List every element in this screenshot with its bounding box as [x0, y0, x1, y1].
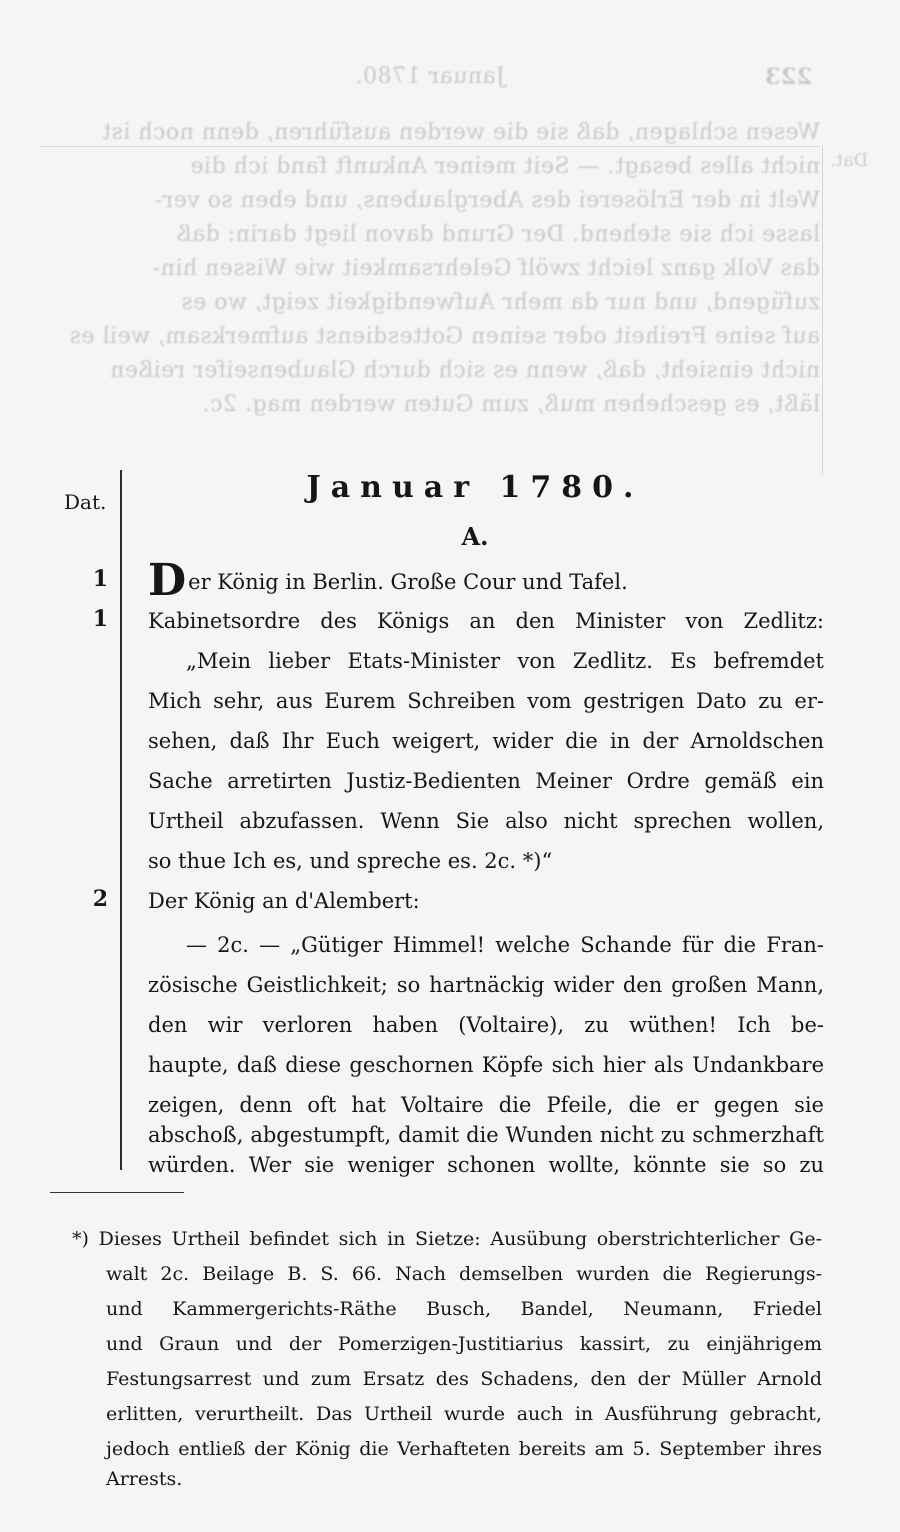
entry-line: zösische Geistlichkeit; so hartnäckig wi… [148, 970, 824, 1000]
entry-line: so thue Ich es, und spreche es. 2c. *)“ [148, 846, 824, 876]
entry-line: Der König an d'Alembert: [148, 886, 824, 916]
entry-line: haupte, daß diese geschornen Köpfe sich … [148, 1050, 824, 1080]
bleed-through-line: lasse ich sie stehend. Der Grund davon l… [40, 218, 820, 252]
entry-date: 1 [62, 606, 108, 632]
entry-date: 2 [62, 886, 108, 912]
entry-line: Mich sehr, aus Eurem Schreiben vom gestr… [148, 686, 824, 716]
section-heading: A. [130, 522, 820, 551]
bleed-through-page-number: 223 [765, 60, 812, 94]
bleed-through-line: Wesen schlagen, daß sie die werden ausfü… [40, 116, 820, 150]
footnote-line: und Graun und der Pomerzigen-Justitiariu… [106, 1330, 822, 1358]
footnote-marker: *) [72, 1228, 89, 1250]
entry-line: würden. Wer sie weniger schonen wollte, … [148, 1150, 824, 1180]
entry-line: Sache arretirten Justiz-Bedienten Meiner… [148, 766, 824, 796]
entry-line: Kabinetsordre des Königs an den Minister… [148, 606, 824, 636]
bleed-through-line: nicht alles besagt. — Seit meiner Ankunf… [40, 150, 820, 184]
entry-text: er König in Berlin. Große Cour und Tafel… [188, 570, 628, 594]
footnote-line: walt 2c. Beilage B. S. 66. Nach demselbe… [106, 1260, 822, 1288]
date-column-header: Dat. [64, 490, 106, 514]
bleed-through-line: Welt in der Erlöserei des Aberglaubens, … [40, 184, 820, 218]
bleed-through-line: nicht einsieht, daß, wenn es sich durch … [40, 354, 820, 388]
footnote-line: *) Dieses Urtheil befindet sich in Sietz… [72, 1225, 822, 1253]
entry-line: den wir verloren haben (Voltaire), zu wü… [148, 1010, 824, 1040]
entry-line: zeigen, denn oft hat Voltaire die Pfeile… [148, 1090, 824, 1120]
scanned-page: Dat. Januar 1780. 223 Wesen schlagen, da… [0, 0, 900, 1532]
entry-line: abschoß, abgestumpft, damit die Wunden n… [148, 1120, 824, 1150]
date-column-rule [120, 470, 122, 1170]
entry-line: Urtheil abzufassen. Wenn Sie also nicht … [148, 806, 824, 836]
footnote-line: Festungsarrest und zum Ersatz des Schade… [106, 1365, 822, 1393]
bleed-through-margin-rule [822, 145, 823, 475]
footnote-text: Dieses Urtheil befindet sich in Sietze: … [99, 1228, 822, 1250]
drop-cap: D [148, 555, 186, 606]
entry-line: Der König in Berlin. Große Cour und Tafe… [148, 566, 824, 597]
bleed-through-running-head: Januar 1780. [40, 60, 820, 94]
footnote-line: Arrests. [106, 1465, 822, 1493]
entry-line: „Mein lieber Etats-Minister von Zedlitz.… [186, 646, 824, 676]
bleed-through-line: zufügend, und nur da mehr Aufwendigkeit … [40, 286, 820, 320]
footnote-rule [50, 1192, 184, 1193]
footnote-line: erlitten, verurtheilt. Das Urtheil wurde… [106, 1400, 822, 1428]
bleed-through-line: das Volk ganz leicht zwölf Gelehrsamkeit… [40, 252, 820, 286]
page-title: Januar 1780. [130, 470, 820, 505]
entry-line: sehen, daß Ihr Euch weigert, wider die i… [148, 726, 824, 756]
bleed-through-margin-label: Dat. [830, 150, 868, 171]
bleed-through-line: auf seine Freiheit oder seinen Gottesdie… [40, 320, 820, 354]
entry-line: — 2c. — „Gütiger Himmel! welche Schande … [186, 930, 824, 960]
footnote-line: und Kammergerichts-Räthe Busch, Bandel, … [106, 1295, 822, 1323]
bleed-through-line: läßt, es geschehen muß, zum Guten werden… [40, 388, 820, 422]
bleed-through-text: Januar 1780. 223 Wesen schlagen, daß sie… [40, 60, 820, 422]
entry-date: 1 [62, 566, 108, 592]
footnote-line: jedoch entließ der König die Verhafteten… [106, 1435, 822, 1463]
